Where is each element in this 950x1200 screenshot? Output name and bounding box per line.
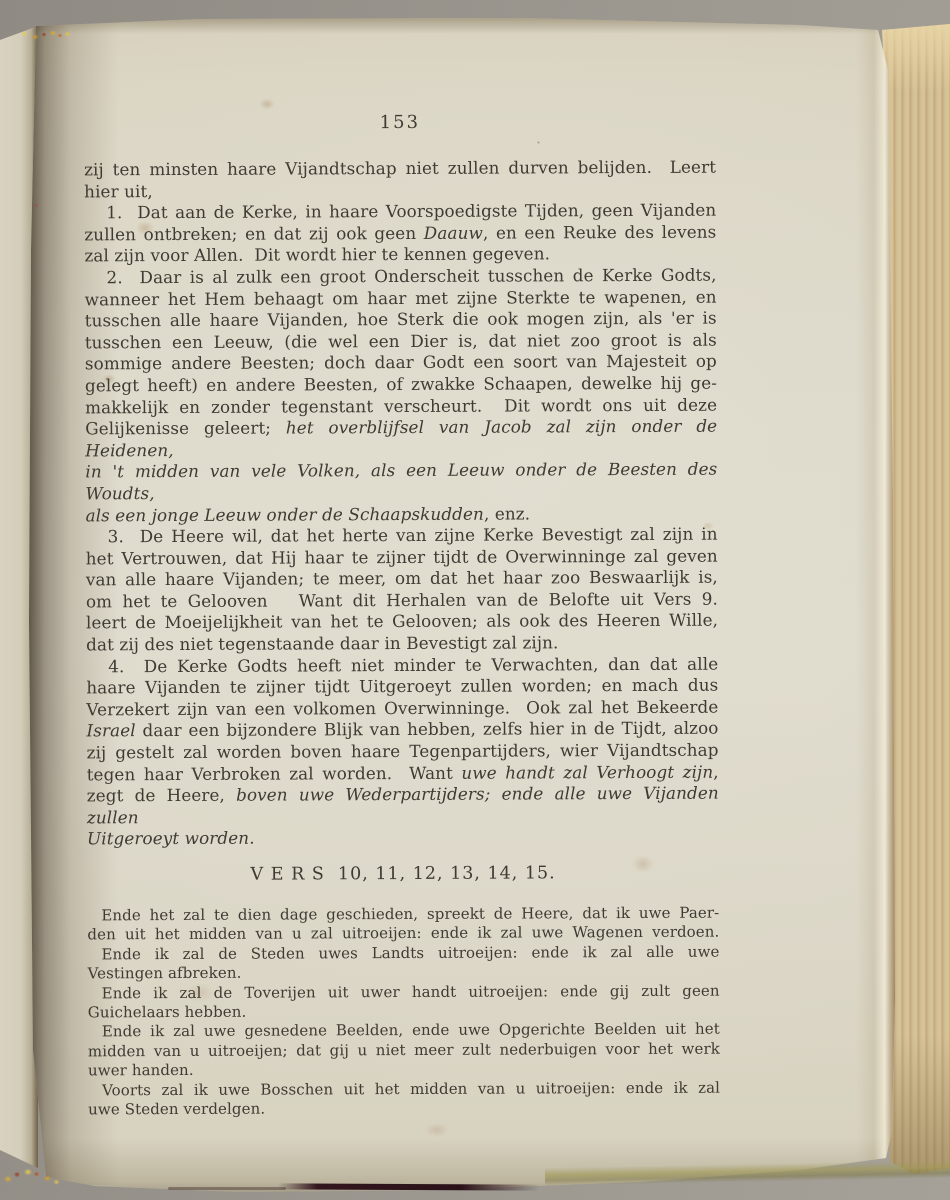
text-line: zij ten minsten haare Vijandtschap niet … (84, 157, 716, 181)
roman-text: het Vertrouwen, dat Hij haar te zijner t… (86, 545, 718, 568)
roman-text: Verzekert zijn van een volkomen Overwinn… (86, 696, 718, 719)
page-number: 153 (84, 111, 716, 136)
roman-text: zij gestelt zal worden boven haare Tegen… (87, 740, 719, 763)
text-line: uwe Steden verdelgen. (88, 1098, 720, 1120)
roman-text: haare Vijanden te zijner tijdt Uitgeroey… (86, 675, 718, 698)
roman-text: zullen ontbreken; en dat zij ook geen (84, 223, 424, 244)
text-line: Uitgeroeyt worden. (87, 826, 719, 850)
roman-text: midden van u uitroeijen; dat gij u niet … (88, 1039, 720, 1060)
text-line: zal zijn voor Allen. Dit wordt hier te k… (84, 243, 716, 267)
roman-text: zegt de Heere, (87, 785, 236, 806)
roman-text: Voorts zal ik uwe Bosschen uit het midde… (102, 1078, 720, 1099)
roman-text: dat zij des niet tegenstaande daar in Be… (86, 632, 558, 654)
roman-text: Ende ik zal uwe gesnedene Beelden, ende … (102, 1020, 720, 1041)
roman-text: leert de Moeijelijkheit van het te Geloo… (86, 610, 718, 633)
text-line: makkelijk en zonder tegenstant verscheur… (85, 394, 717, 418)
text-line: Voorts zal ik uwe Bosschen uit het midde… (88, 1078, 720, 1100)
paragraph: 3. De Heere wil, dat het herte van zijne… (86, 524, 719, 656)
paragraph: Ende ik zal de Toverijen uit uwer handt … (88, 981, 720, 1023)
roman-text: uwer handen. (88, 1061, 194, 1079)
roman-text: , en een Reuke des levens (483, 221, 716, 242)
roman-text: den uit het midden van u zal uitroeijen:… (87, 923, 719, 944)
roman-text: zal zijn voor Allen. Dit wordt hier te k… (84, 244, 550, 266)
text-line: om het te Gelooven Want dit Herhalen van… (86, 588, 718, 612)
text-line: 1. Dat aan de Kerke, in haare Voorspoedi… (84, 200, 716, 224)
roman-text: Ende ik zal de Steden uwes Landts uitroe… (101, 942, 719, 963)
text-line: tegen haar Verbroken zal worden. Want uw… (87, 761, 719, 785)
cover-edge-line-faint (168, 1187, 286, 1190)
text-line: wanneer het Hem behaagt om haar met zijn… (85, 286, 717, 310)
text-line: 4. De Kerke Godts heeft niet minder te V… (86, 653, 718, 677)
paragraph: 2. Daar is al zulk een groot Onderscheit… (84, 265, 717, 527)
paragraph: Voorts zal ik uwe Bosschen uit het midde… (88, 1078, 720, 1120)
text-line: 3. De Heere wil, dat het herte van zijne… (86, 524, 718, 548)
text-line: zegt de Heere, boven uwe Wederpartijders… (87, 783, 719, 829)
roman-text: gelegt heeft) en andere Beesten, of zwak… (85, 373, 717, 396)
roman-text: om het te Gelooven Want dit Herhalen van… (86, 588, 718, 611)
page-text-block: 153 zij ten minsten haare Vijandtschap n… (84, 111, 720, 1120)
text-line: Verzekert zijn van een volkomen Overwinn… (86, 696, 718, 720)
roman-text: Guichelaars hebben. (88, 1003, 247, 1022)
text-line: gelegt heeft) en andere Beesten, of zwak… (85, 373, 717, 397)
paragraph: 1. Dat aan de Kerke, in haare Voorspoedi… (84, 200, 716, 268)
vers-heading: V E R S 10, 11, 12, 13, 14, 15. (87, 862, 719, 887)
roman-text: sommige andere Beesten; doch daar Godt e… (85, 351, 717, 374)
paragraph: zij ten minsten haare Vijandtschap niet … (84, 157, 716, 203)
roman-text: , (713, 761, 719, 781)
text-line: als een jonge Leeuw onder de Schaapskudd… (86, 502, 718, 526)
text-line: zij gestelt zal worden boven haare Tegen… (87, 740, 719, 764)
italic-text: in 't midden van vele Volken, als een Le… (85, 459, 717, 503)
text-line: tusschen alle haare Vijanden, hoe Sterk … (85, 308, 717, 332)
book-page: 153 zij ten minsten haare Vijandtschap n… (0, 0, 950, 1200)
roman-text: , enz. (484, 503, 530, 523)
roman-text: 3. De Heere wil, dat het herte van zijne… (108, 524, 718, 547)
roman-text: 2. Daar is al zulk een groot Onderscheit… (106, 265, 716, 288)
paragraph: Ende ik zal de Steden uwes Landts uitroe… (87, 942, 719, 984)
paragraph: Ende ik zal uwe gesnedene Beelden, ende … (88, 1020, 720, 1081)
roman-text: Ende ik zal de Toverijen uit uwer handt … (102, 981, 720, 1002)
roman-text: tusschen een Leeuw, (die wel een Dier is… (85, 329, 717, 352)
italic-text: Israel (86, 721, 135, 741)
text-line: midden van u uitroeijen; dat gij u niet … (88, 1039, 720, 1061)
text-line: Israel daar een bijzondere Blijk van heb… (86, 718, 718, 742)
paragraph: 4. De Kerke Godts heeft niet minder te V… (86, 653, 719, 850)
roman-text: Gelijkenisse geleert; (85, 418, 286, 439)
text-line: zullen ontbreken; en dat zij ook geen Da… (84, 221, 716, 245)
text-line: leert de Moeijelijkheit van het te Geloo… (86, 610, 718, 634)
roman-text: Vestingen afbreken. (88, 964, 242, 983)
italic-text: Daauw (424, 222, 483, 242)
italic-text: uwe handt zal Verhoogt zijn (461, 761, 713, 782)
roman-text: uwe Steden verdelgen. (88, 1100, 265, 1119)
roman-text: zij ten minsten haare Vijandtschap niet … (84, 157, 716, 180)
text-line: haare Vijanden te zijner tijdt Uitgeroey… (86, 675, 718, 699)
roman-text: van alle haare Vijanden; te meer, om dat… (86, 567, 718, 590)
text-line: hier uit, (84, 178, 716, 202)
verse-text: Ende het zal te dien dage geschieden, sp… (87, 904, 720, 1120)
roman-text: tusschen alle haare Vijanden, hoe Sterk … (85, 308, 717, 331)
text-line: Ende ik zal de Toverijen uit uwer handt … (88, 981, 720, 1003)
gilt-edge-bottom (0, 1158, 64, 1188)
italic-text: Uitgeroeyt worden. (87, 828, 255, 849)
roman-text: makkelijk en zonder tegenstant verscheur… (85, 394, 717, 417)
text-line: Gelijkenisse geleert; het overblijfsel v… (85, 416, 717, 462)
text-line: van alle haare Vijanden; te meer, om dat… (86, 567, 718, 591)
roman-text: 1. Dat aan de Kerke, in haare Voorspoedi… (106, 200, 716, 223)
italic-text: als een jonge Leeuw onder de Schaapskudd… (86, 503, 484, 525)
text-line: Ende ik zal de Steden uwes Landts uitroe… (87, 942, 719, 964)
paragraph: Ende het zal te dien dage geschieden, sp… (87, 904, 719, 946)
text-line: tusschen een Leeuw, (die wel een Dier is… (85, 329, 717, 353)
roman-text: Ende het zal te dien dage geschieden, sp… (101, 904, 719, 925)
roman-text: tegen haar Verbroken zal worden. Want (87, 762, 462, 784)
text-line: dat zij des niet tegenstaande daar in Be… (86, 632, 718, 656)
roman-text: wanneer het Hem behaagt om haar met zijn… (85, 286, 717, 309)
text-line: 2. Daar is al zulk een groot Onderscheit… (84, 265, 716, 289)
text-line: in 't midden van vele Volken, als een Le… (85, 459, 717, 505)
roman-text: hier uit, (84, 181, 153, 201)
main-text: zij ten minsten haare Vijandtschap niet … (84, 157, 719, 851)
roman-text: daar een bijzondere Blijk van hebben, ze… (136, 718, 719, 741)
text-line: sommige andere Beesten; doch daar Godt e… (85, 351, 717, 375)
roman-text: 4. De Kerke Godts heeft niet minder te V… (108, 653, 718, 676)
scanned-book-photo: 153 zij ten minsten haare Vijandtschap n… (0, 0, 950, 1200)
gilt-edge-top (14, 24, 70, 42)
text-line: het Vertrouwen, dat Hij haar te zijner t… (86, 545, 718, 569)
